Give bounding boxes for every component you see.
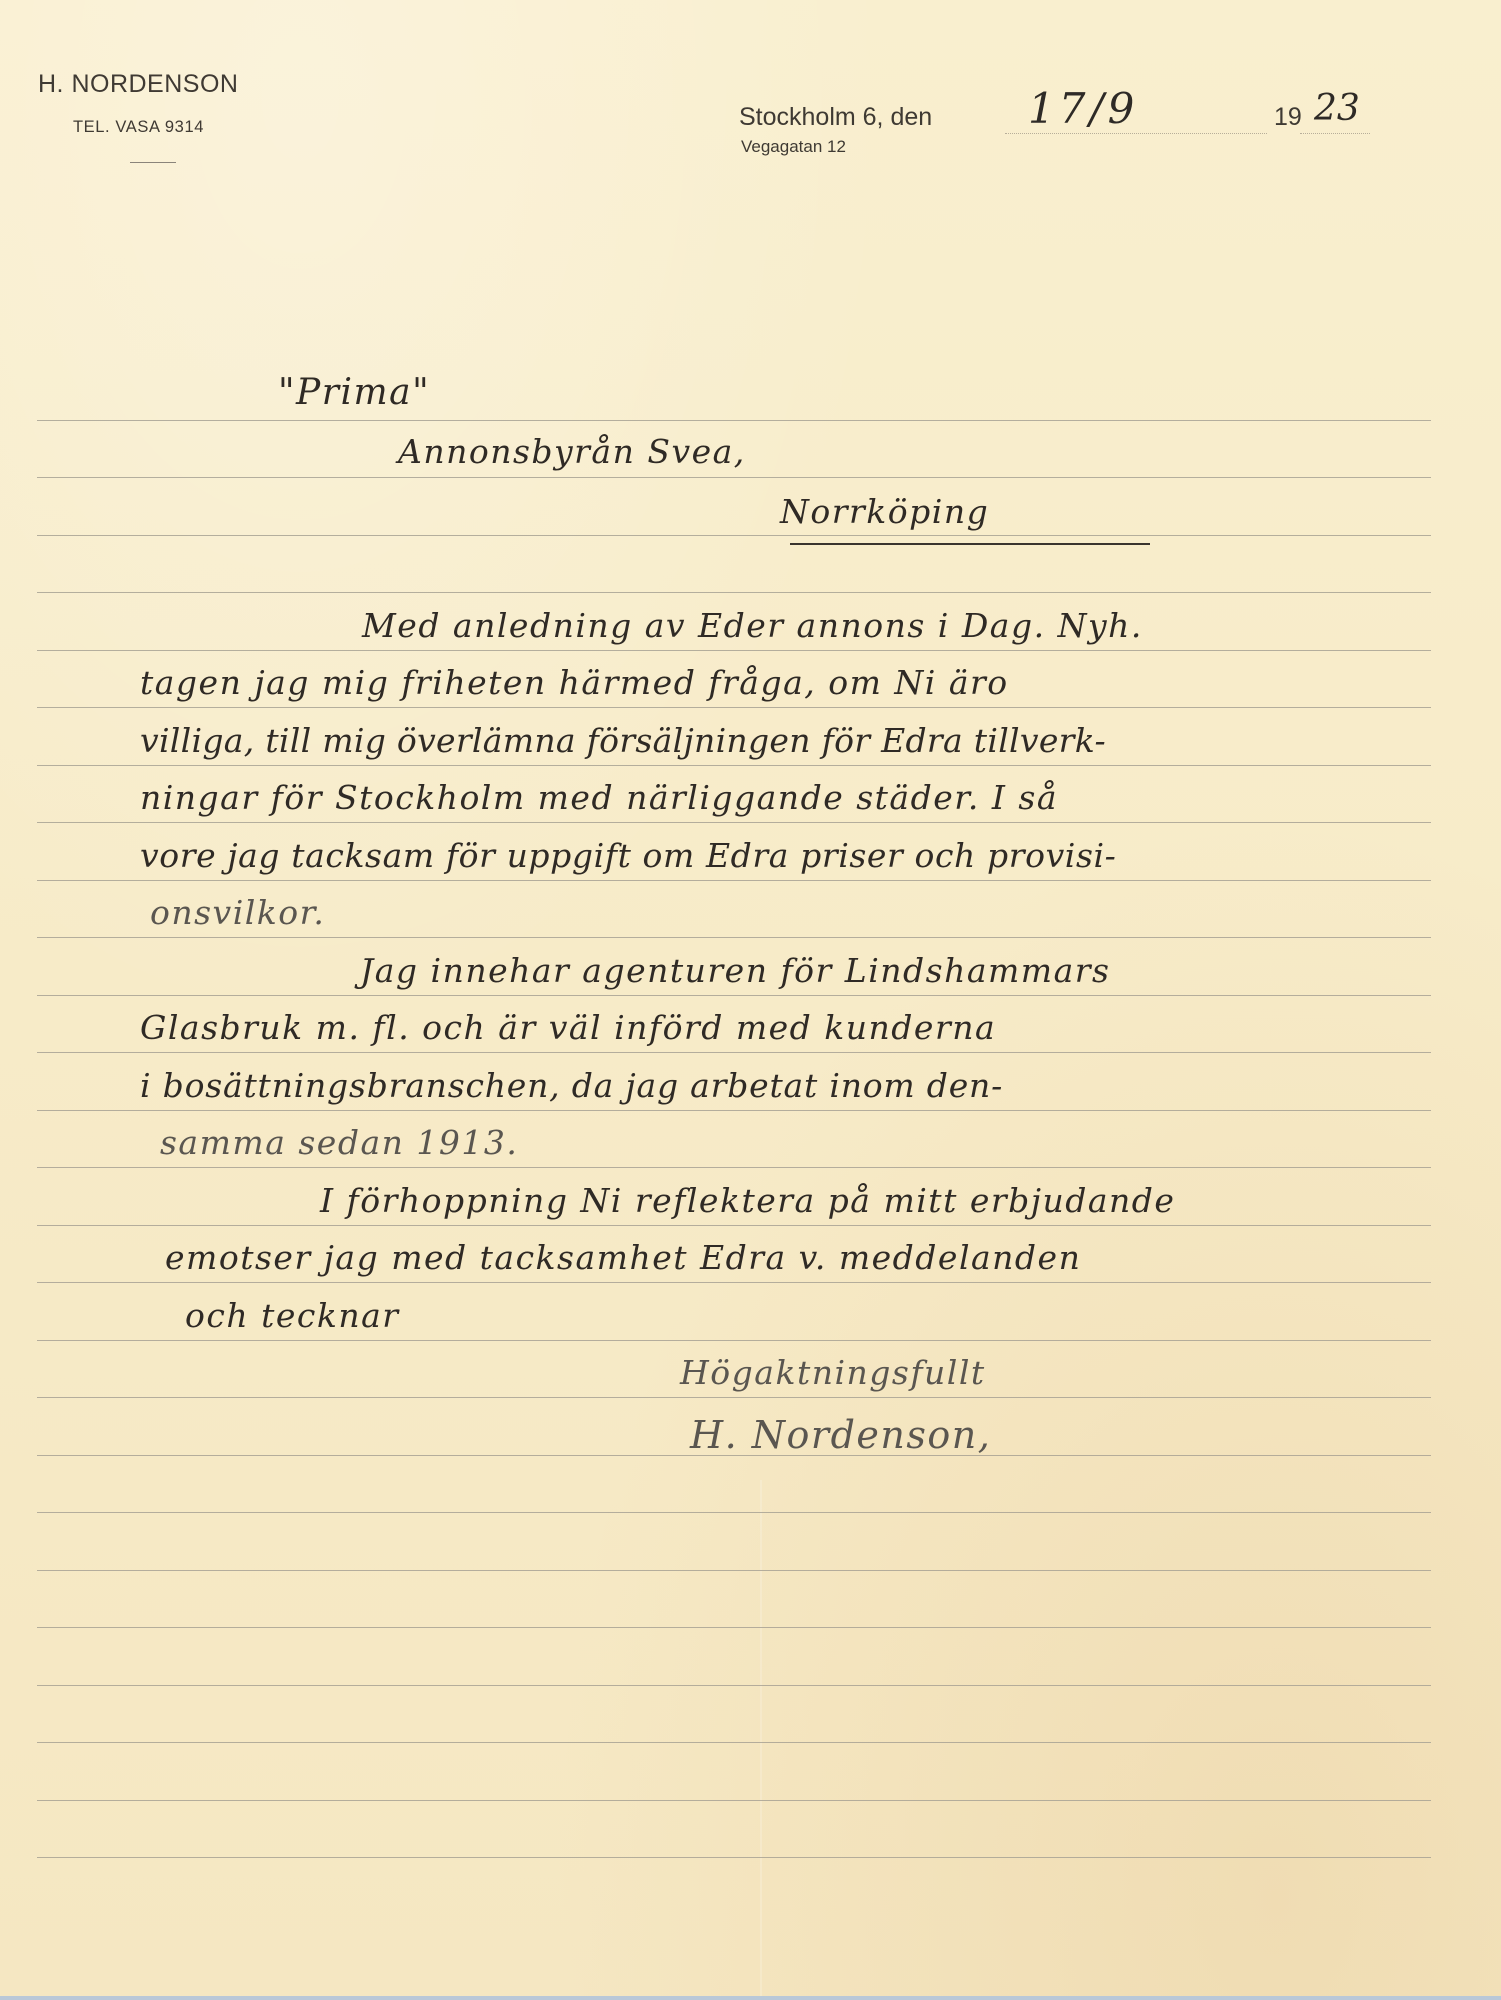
ruled-line: [37, 535, 1431, 536]
recipient-line-1: "Prima": [278, 372, 430, 413]
letter-paper: [0, 0, 1501, 2000]
ruled-line: [37, 1397, 1431, 1398]
ruled-line: [37, 1570, 1431, 1571]
body-line: samma sedan 1913.: [160, 1123, 518, 1162]
body-line: onsvilkor.: [150, 893, 325, 932]
ruled-line: [37, 1800, 1431, 1801]
ruled-line: [37, 707, 1431, 708]
ruled-line: [37, 1857, 1431, 1858]
handwritten-date: 17/9: [1028, 84, 1138, 133]
body-line: I förhoppning Ni reflektera på mitt erbj…: [320, 1181, 1175, 1220]
closing-salutation: Högaktningsfullt: [680, 1353, 986, 1392]
year-prefix: 19: [1274, 103, 1302, 132]
letterhead-divider: [130, 162, 176, 163]
body-line: i bosättningsbranschen, da jag arbetat i…: [140, 1066, 1003, 1105]
ruled-line: [37, 477, 1431, 478]
ruled-line: [37, 1282, 1431, 1283]
ruled-line: [37, 1167, 1431, 1168]
ruled-line: [37, 1110, 1431, 1111]
body-line: tagen jag mig friheten härmed fråga, om …: [140, 663, 1009, 702]
letterhead-name: H. NORDENSON: [38, 70, 238, 99]
ruled-line: [37, 880, 1431, 881]
ruled-line: [37, 822, 1431, 823]
body-line: och tecknar: [185, 1296, 400, 1335]
recipient-underline: [790, 543, 1150, 545]
ruled-line: [37, 937, 1431, 938]
recipient-line-3: Norrköping: [780, 492, 989, 531]
ruled-line: [37, 1340, 1431, 1341]
body-line: Glasbruk m. fl. och är väl införd med ku…: [140, 1008, 996, 1047]
ruled-line: [37, 592, 1431, 593]
body-line: Med anledning av Eder annons i Dag. Nyh.: [362, 606, 1143, 645]
body-line: ningar för Stockholm med närliggande stä…: [140, 778, 1058, 817]
body-line: villiga, till mig överlämna försäljninge…: [140, 721, 1106, 760]
date-dotted-line: [1005, 133, 1267, 134]
recipient-line-2: Annonsbyrån Svea,: [398, 432, 746, 471]
ruled-line: [37, 765, 1431, 766]
ruled-line: [37, 1742, 1431, 1743]
ruled-line: [37, 650, 1431, 651]
ruled-line: [37, 1052, 1431, 1053]
body-line: emotser jag med tacksamhet Edra v. medde…: [165, 1238, 1081, 1277]
year-dotted-line: [1300, 133, 1370, 134]
handwritten-year: 23: [1314, 88, 1360, 129]
signature: H. Nordenson,: [690, 1413, 991, 1457]
ruled-line: [37, 1512, 1431, 1513]
ruled-line: [37, 1627, 1431, 1628]
ruled-line: [37, 420, 1431, 421]
letterhead-telephone: TEL. VASA 9314: [73, 118, 204, 137]
body-line: Jag innehar agenturen för Lindshammars: [360, 951, 1110, 990]
body-line: vore jag tacksam för uppgift om Edra pri…: [140, 836, 1116, 875]
scan-edge: [0, 1996, 1501, 2000]
ruled-line: [37, 1685, 1431, 1686]
ruled-line: [37, 1225, 1431, 1226]
letterhead-city-line: Stockholm 6, den: [739, 103, 932, 132]
letterhead-street: Vegagatan 12: [741, 137, 846, 157]
ruled-line: [37, 995, 1431, 996]
paper-fold: [760, 1480, 762, 2000]
